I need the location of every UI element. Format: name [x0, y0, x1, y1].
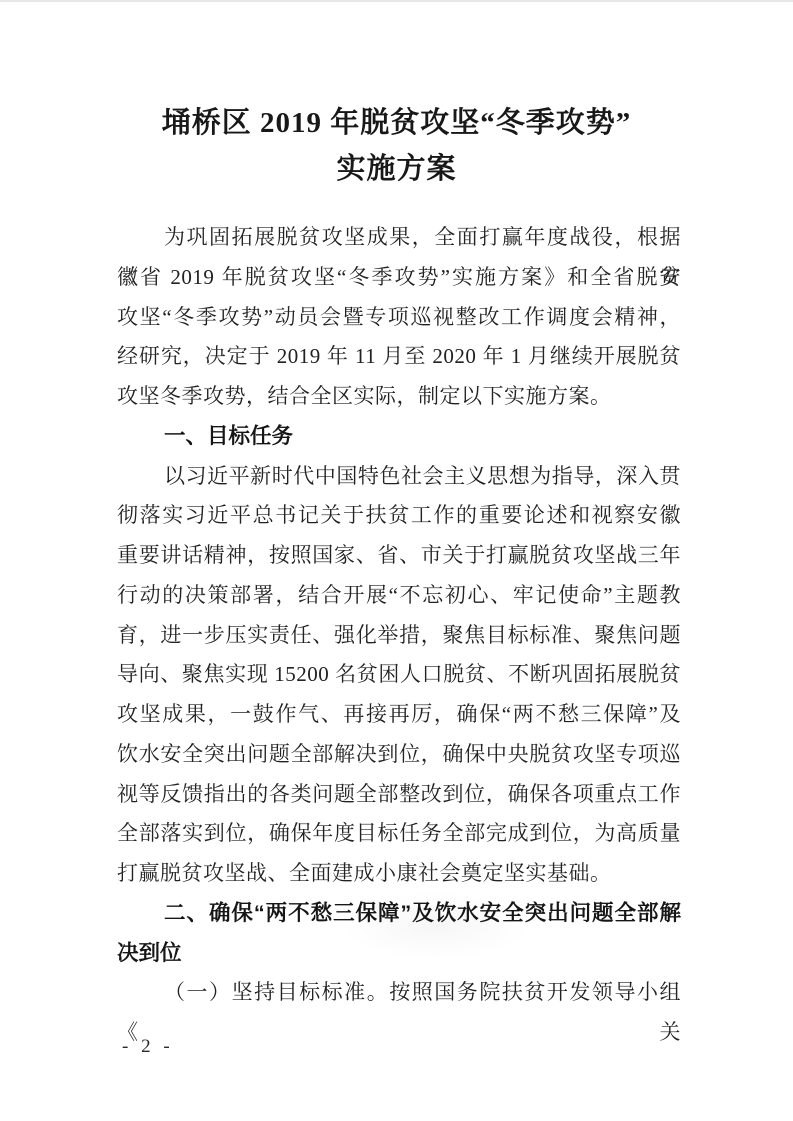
body-line: 行动的决策部署，结合开展“不忘初心、牢记使命”主题教: [117, 576, 681, 616]
body-line: 彻落实习近平总书记关于扶贫工作的重要论述和视察安徽: [117, 496, 681, 536]
section-2-heading-line-2: 决到位: [117, 934, 681, 974]
document-title: 埇桥区 2019 年脱贫攻坚“冬季攻势” 实施方案: [0, 100, 793, 192]
title-line-2: 实施方案: [0, 146, 793, 192]
body-line: 导向、聚焦实现 15200 名贫困人口脱贫、不断巩固拓展脱贫: [117, 655, 681, 695]
section-1-heading: 一、目标任务: [117, 417, 681, 457]
page-number: - 2 -: [122, 1036, 174, 1058]
body-line: 以习近平新时代中国特色社会主义思想为指导，深入贯: [117, 457, 681, 497]
body-line: 攻坚“冬季攻势”动员会暨专项巡视整改工作调度会精神，: [117, 298, 681, 338]
body-line: （一）坚持目标标准。按照国务院扶贫开发领导小组《关: [117, 973, 681, 1013]
document-page: 埇桥区 2019 年脱贫攻坚“冬季攻势” 实施方案 为巩固拓展脱贫攻坚成果，全面…: [0, 0, 793, 1121]
body-line: 徽省 2019 年脱贫攻坚“冬季攻势”实施方案》和全省脱贫: [117, 258, 681, 298]
body-line: 攻坚成果，一鼓作气、再接再厉，确保“两不愁三保障”及: [117, 695, 681, 735]
body-line: 攻坚冬季攻势，结合全区实际，制定以下实施方案。: [117, 377, 681, 417]
body-line: 育，进一步压实责任、强化举措，聚焦目标标准、聚焦问题: [117, 616, 681, 656]
body-line: 视等反馈指出的各类问题全部整改到位，确保各项重点工作: [117, 775, 681, 815]
title-line-1: 埇桥区 2019 年脱贫攻坚“冬季攻势”: [0, 100, 793, 146]
body-line: 为巩固拓展脱贫攻坚成果，全面打赢年度战役，根据《安: [117, 218, 681, 258]
section-2-heading-line-1: 二、确保“两不愁三保障”及饮水安全突出问题全部解: [117, 894, 681, 934]
body-line: 经研究，决定于 2019 年 11 月至 2020 年 1 月继续开展脱贫: [117, 337, 681, 377]
body-line: 全部落实到位，确保年度目标任务全部完成到位，为高质量: [117, 814, 681, 854]
document-body: 为巩固拓展脱贫攻坚成果，全面打赢年度战役，根据《安 徽省 2019 年脱贫攻坚“…: [117, 218, 681, 1013]
body-line: 饮水安全突出问题全部解决到位，确保中央脱贫攻坚专项巡: [117, 735, 681, 775]
body-line: 打赢脱贫攻坚战、全面建成小康社会奠定坚实基础。: [117, 854, 681, 894]
body-line: 重要讲话精神，按照国家、省、市关于打赢脱贫攻坚战三年: [117, 536, 681, 576]
